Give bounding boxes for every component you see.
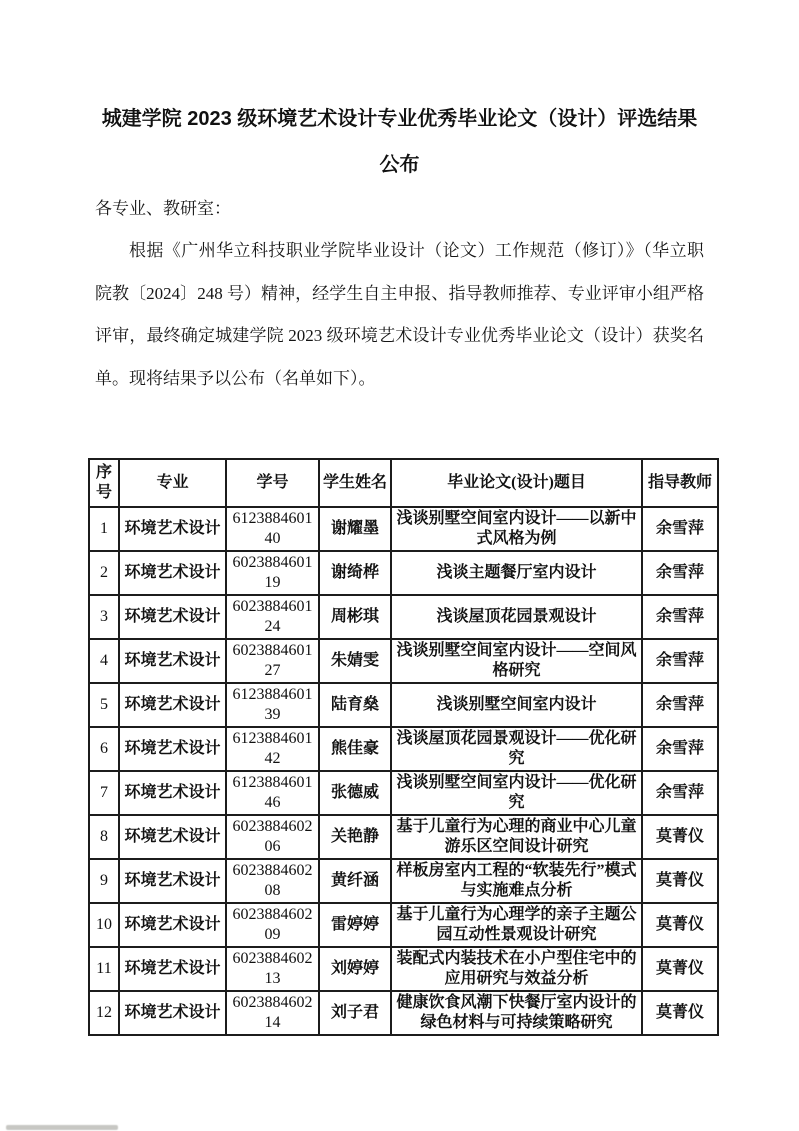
cell-student-id: 602388460119 xyxy=(226,551,319,595)
cell-major: 环境艺术设计 xyxy=(119,727,226,771)
cell-serial: 8 xyxy=(89,815,119,859)
cell-student-id: 612388460140 xyxy=(226,507,319,551)
table-row: 1 环境艺术设计 612388460140 谢耀墨 浅谈别墅空间室内设计——以新… xyxy=(89,507,718,551)
table-row: 6 环境艺术设计 612388460142 熊佳豪 浅谈屋顶花园景观设计——优化… xyxy=(89,727,718,771)
table-header-row: 序号 专业 学号 学生姓名 毕业论文(设计)题目 指导教师 xyxy=(89,459,718,507)
body-paragraph: 根据《广州华立科技职业学院毕业设计（论文）工作规范（修订）》（华立职院教〔202… xyxy=(95,230,704,400)
cell-student-id: 612388460146 xyxy=(226,771,319,815)
cell-advisor: 余雪萍 xyxy=(642,639,718,683)
cell-serial: 1 xyxy=(89,507,119,551)
cell-serial: 12 xyxy=(89,991,119,1035)
table-row: 12 环境艺术设计 602388460214 刘子君 健康饮食风潮下快餐厅室内设… xyxy=(89,991,718,1035)
table-row: 9 环境艺术设计 602388460208 黄纤涵 样板房室内工程的“软装先行”… xyxy=(89,859,718,903)
cell-student-name: 周彬琪 xyxy=(319,595,391,639)
cell-student-id: 602388460214 xyxy=(226,991,319,1035)
header-advisor: 指导教师 xyxy=(642,459,718,507)
cell-thesis-title: 浅谈别墅空间室内设计 xyxy=(391,683,642,727)
title-line-2: 公布 xyxy=(95,142,704,188)
cell-student-name: 张德威 xyxy=(319,771,391,815)
cell-major: 环境艺术设计 xyxy=(119,859,226,903)
cell-thesis-title: 基于儿童行为心理的商业中心儿童游乐区空间设计研究 xyxy=(391,815,642,859)
cell-thesis-title: 浅谈别墅空间室内设计——以新中式风格为例 xyxy=(391,507,642,551)
cell-thesis-title: 浅谈主题餐厅室内设计 xyxy=(391,551,642,595)
cell-serial: 11 xyxy=(89,947,119,991)
cell-major: 环境艺术设计 xyxy=(119,595,226,639)
cell-serial: 7 xyxy=(89,771,119,815)
cell-advisor: 余雪萍 xyxy=(642,507,718,551)
cell-major: 环境艺术设计 xyxy=(119,771,226,815)
table-row: 7 环境艺术设计 612388460146 张德威 浅谈别墅空间室内设计——优化… xyxy=(89,771,718,815)
cell-serial: 9 xyxy=(89,859,119,903)
cell-student-id: 602388460213 xyxy=(226,947,319,991)
cell-thesis-title: 浅谈别墅空间室内设计——空间风格研究 xyxy=(391,639,642,683)
cell-major: 环境艺术设计 xyxy=(119,815,226,859)
results-table-body: 1 环境艺术设计 612388460140 谢耀墨 浅谈别墅空间室内设计——以新… xyxy=(89,507,718,1035)
table-row: 10 环境艺术设计 602388460209 雷婷婷 基于儿童行为心理学的亲子主… xyxy=(89,903,718,947)
cell-student-name: 谢耀墨 xyxy=(319,507,391,551)
cell-student-name: 谢绮桦 xyxy=(319,551,391,595)
title-line-1: 城建学院 2023 级环境艺术设计专业优秀毕业论文（设计）评选结果 xyxy=(95,96,704,142)
table-row: 4 环境艺术设计 602388460127 朱婧雯 浅谈别墅空间室内设计——空间… xyxy=(89,639,718,683)
cell-student-name: 关艳静 xyxy=(319,815,391,859)
header-thesis-title: 毕业论文(设计)题目 xyxy=(391,459,642,507)
cell-thesis-title: 样板房室内工程的“软装先行”模式与实施难点分析 xyxy=(391,859,642,903)
results-table: 序号 专业 学号 学生姓名 毕业论文(设计)题目 指导教师 1 环境艺术设计 6… xyxy=(88,458,719,1036)
cell-major: 环境艺术设计 xyxy=(119,683,226,727)
cell-advisor: 余雪萍 xyxy=(642,551,718,595)
cell-student-name: 黄纤涵 xyxy=(319,859,391,903)
header-major: 专业 xyxy=(119,459,226,507)
cell-serial: 10 xyxy=(89,903,119,947)
cell-student-id: 602388460206 xyxy=(226,815,319,859)
cell-serial: 6 xyxy=(89,727,119,771)
cell-student-name: 刘子君 xyxy=(319,991,391,1035)
page-title: 城建学院 2023 级环境艺术设计专业优秀毕业论文（设计）评选结果 公布 xyxy=(95,96,704,188)
cell-student-id: 612388460142 xyxy=(226,727,319,771)
header-student-id: 学号 xyxy=(226,459,319,507)
cell-advisor: 余雪萍 xyxy=(642,771,718,815)
cell-student-name: 陆育燊 xyxy=(319,683,391,727)
cell-advisor: 莫菁仪 xyxy=(642,859,718,903)
cell-serial: 4 xyxy=(89,639,119,683)
cell-major: 环境艺术设计 xyxy=(119,991,226,1035)
cell-student-name: 刘婷婷 xyxy=(319,947,391,991)
cell-major: 环境艺术设计 xyxy=(119,551,226,595)
cell-student-id: 612388460139 xyxy=(226,683,319,727)
cell-advisor: 莫菁仪 xyxy=(642,815,718,859)
cell-student-name: 熊佳豪 xyxy=(319,727,391,771)
cell-thesis-title: 装配式内装技术在小户型住宅中的应用研究与效益分析 xyxy=(391,947,642,991)
cell-advisor: 余雪萍 xyxy=(642,595,718,639)
cell-student-name: 雷婷婷 xyxy=(319,903,391,947)
table-row: 11 环境艺术设计 602388460213 刘婷婷 装配式内装技术在小户型住宅… xyxy=(89,947,718,991)
cell-thesis-title: 基于儿童行为心理学的亲子主题公园互动性景观设计研究 xyxy=(391,903,642,947)
cell-advisor: 余雪萍 xyxy=(642,683,718,727)
scan-artifact xyxy=(6,1125,118,1130)
header-serial: 序号 xyxy=(89,459,119,507)
table-row: 5 环境艺术设计 612388460139 陆育燊 浅谈别墅空间室内设计 余雪萍 xyxy=(89,683,718,727)
cell-major: 环境艺术设计 xyxy=(119,507,226,551)
cell-student-id: 602388460124 xyxy=(226,595,319,639)
cell-major: 环境艺术设计 xyxy=(119,947,226,991)
cell-student-name: 朱婧雯 xyxy=(319,639,391,683)
table-row: 8 环境艺术设计 602388460206 关艳静 基于儿童行为心理的商业中心儿… xyxy=(89,815,718,859)
cell-major: 环境艺术设计 xyxy=(119,903,226,947)
cell-thesis-title: 浅谈屋顶花园景观设计 xyxy=(391,595,642,639)
cell-thesis-title: 浅谈别墅空间室内设计——优化研究 xyxy=(391,771,642,815)
cell-thesis-title: 浅谈屋顶花园景观设计——优化研究 xyxy=(391,727,642,771)
cell-major: 环境艺术设计 xyxy=(119,639,226,683)
cell-advisor: 余雪萍 xyxy=(642,727,718,771)
header-student-name: 学生姓名 xyxy=(319,459,391,507)
cell-student-id: 602388460208 xyxy=(226,859,319,903)
cell-serial: 3 xyxy=(89,595,119,639)
cell-advisor: 莫菁仪 xyxy=(642,991,718,1035)
cell-advisor: 莫菁仪 xyxy=(642,903,718,947)
cell-serial: 5 xyxy=(89,683,119,727)
document-page: 城建学院 2023 级环境艺术设计专业优秀毕业论文（设计）评选结果 公布 各专业… xyxy=(0,0,799,1131)
salutation: 各专业、教研室： xyxy=(95,188,704,230)
cell-advisor: 莫菁仪 xyxy=(642,947,718,991)
cell-student-id: 602388460209 xyxy=(226,903,319,947)
cell-student-id: 602388460127 xyxy=(226,639,319,683)
table-row: 2 环境艺术设计 602388460119 谢绮桦 浅谈主题餐厅室内设计 余雪萍 xyxy=(89,551,718,595)
cell-thesis-title: 健康饮食风潮下快餐厅室内设计的绿色材料与可持续策略研究 xyxy=(391,991,642,1035)
cell-serial: 2 xyxy=(89,551,119,595)
table-row: 3 环境艺术设计 602388460124 周彬琪 浅谈屋顶花园景观设计 余雪萍 xyxy=(89,595,718,639)
